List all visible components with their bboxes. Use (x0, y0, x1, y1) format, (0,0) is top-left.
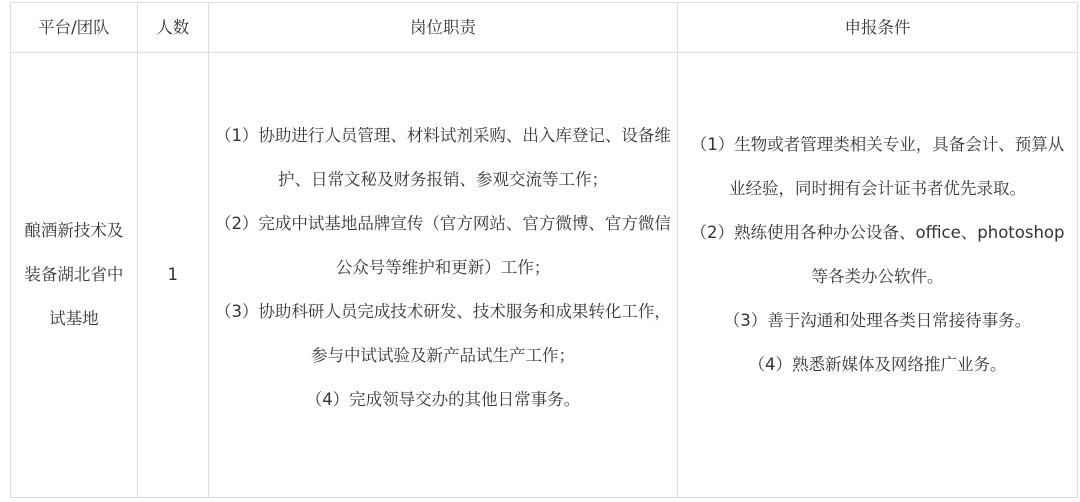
header-duties: 岗位职责 (208, 3, 677, 53)
cell-requirements: （1）生物或者管理类相关专业，具备会计、预算从业经验，同时拥有会计证书者优先录取… (677, 53, 1077, 498)
header-requirements: 申报条件 (677, 3, 1077, 53)
headcount: 1 (168, 265, 179, 284)
requirement-item: （2）熟练使用各种办公设备、office、photoshop等各类办公软件。 (684, 211, 1071, 299)
duty-item: （4）完成领导交办的其他日常事务。 (215, 378, 671, 422)
duty-item: （1）协助进行人员管理、材料试剂采购、出入库登记、设备维护、日常文秘及财务报销、… (215, 114, 671, 202)
cell-platform: 酿酒新技术及装备湖北省中试基地 (11, 53, 138, 498)
cell-count: 1 (137, 53, 208, 498)
requirement-item: （4）熟悉新媒体及网络推广业务。 (684, 343, 1071, 387)
header-platform: 平台/团队 (11, 3, 138, 53)
cell-duties: （1）协助进行人员管理、材料试剂采购、出入库登记、设备维护、日常文秘及财务报销、… (208, 53, 677, 498)
table-header-row: 平台/团队 人数 岗位职责 申报条件 (11, 3, 1078, 53)
table-row: 酿酒新技术及装备湖北省中试基地 1 （1）协助进行人员管理、材料试剂采购、出入库… (11, 53, 1078, 498)
header-count: 人数 (137, 3, 208, 53)
duty-item: （2）完成中试基地品牌宣传（官方网站、官方微博、官方微信公众号等维护和更新）工作… (215, 202, 671, 290)
platform-name: 酿酒新技术及装备湖北省中试基地 (24, 221, 123, 328)
requirement-item: （1）生物或者管理类相关专业，具备会计、预算从业经验，同时拥有会计证书者优先录取… (684, 123, 1071, 211)
requirement-item: （3）善于沟通和处理各类日常接待事务。 (684, 299, 1071, 343)
job-table: 平台/团队 人数 岗位职责 申报条件 酿酒新技术及装备湖北省中试基地 1 （1）… (10, 2, 1078, 498)
duty-item: （3）协助科研人员完成技术研发、技术服务和成果转化工作，参与中试试验及新产品试生… (215, 290, 671, 378)
